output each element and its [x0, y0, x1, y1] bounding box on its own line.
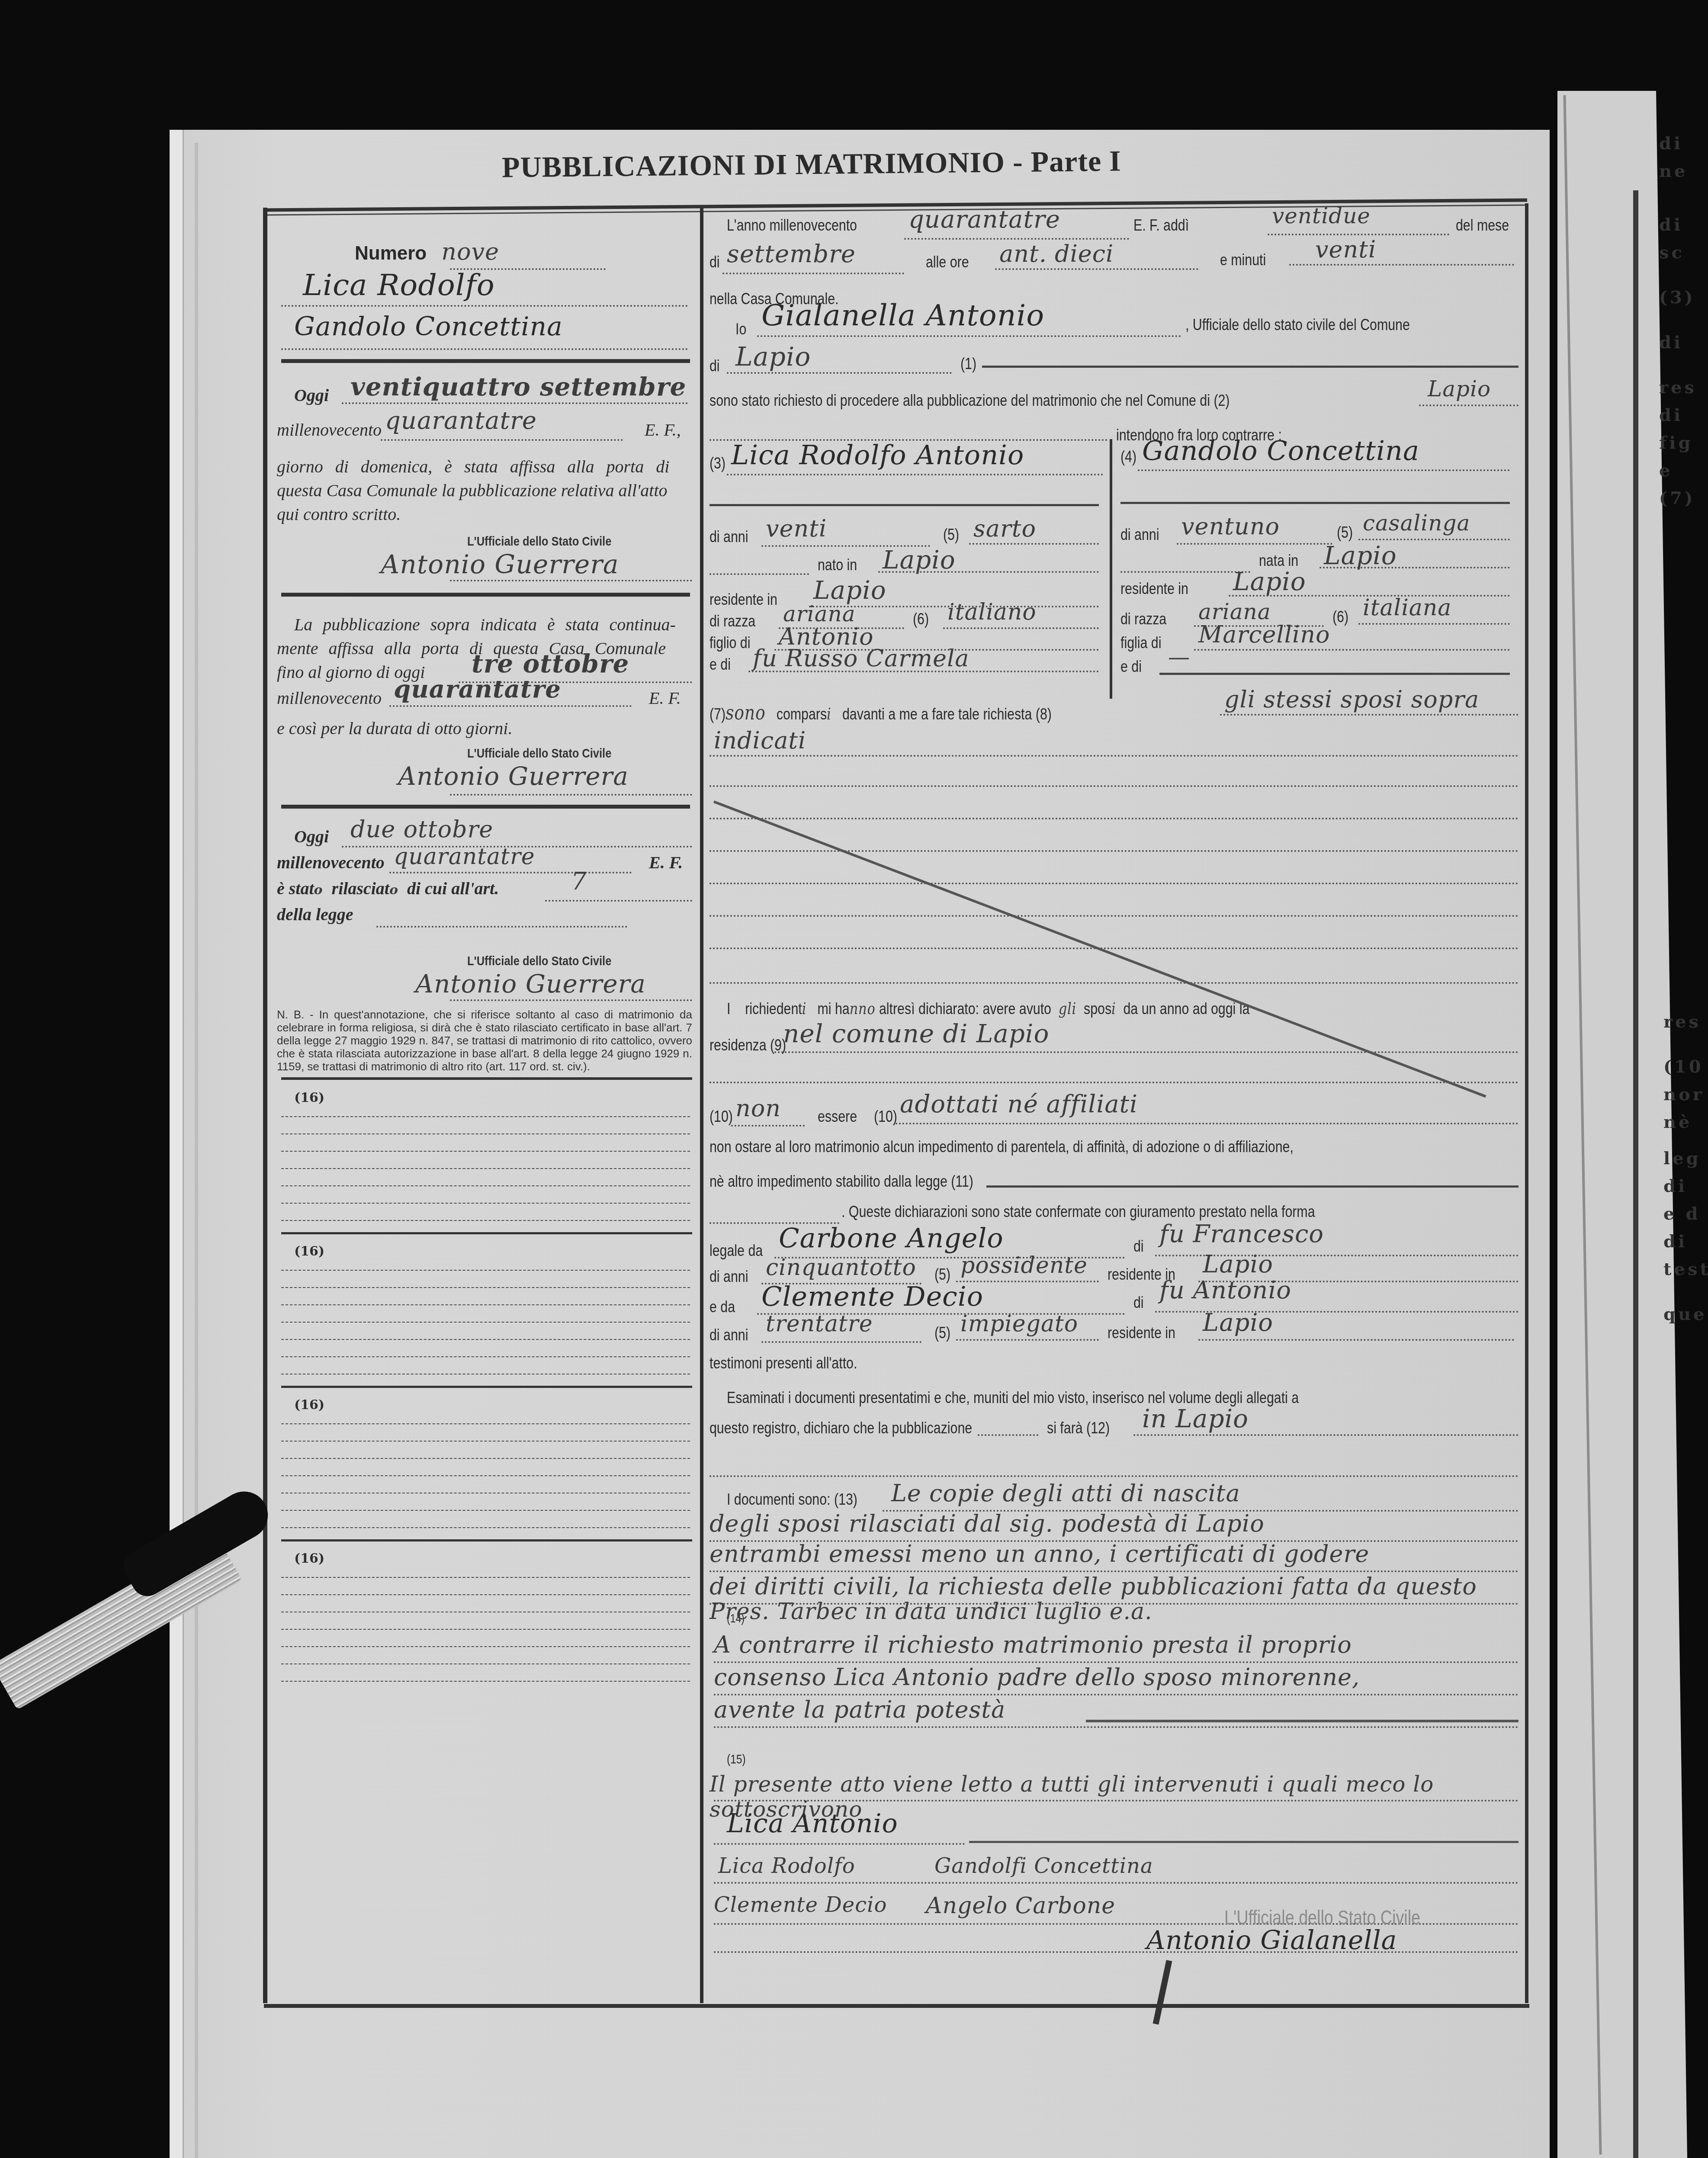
sposo-age: venti: [766, 515, 827, 542]
main-act-body: L'anno millenovecento quarantatre E. F. …: [701, 203, 1523, 2003]
sposa-citizenship: italiana: [1363, 595, 1451, 621]
sposa-birthplace: Lapio: [1324, 541, 1397, 570]
documenti-line: entrambi emessi meno un anno, i certific…: [710, 1540, 1369, 1567]
sposa-residence: Lapio: [1233, 567, 1306, 596]
testimone-1-name: Carbone Angelo: [779, 1222, 1004, 1254]
adottati-value: adottati né affiliati: [900, 1090, 1138, 1118]
comune-matrimonio-value: Lapio: [1428, 376, 1491, 401]
sposo-profession: sarto: [973, 515, 1036, 542]
testimone-2-name: Clemente Decio: [761, 1281, 983, 1312]
sposa-age: ventuno: [1181, 513, 1280, 540]
documenti-line: degli sposi rilasciati dal sig. podestà …: [710, 1510, 1265, 1537]
spouse-column-divider: [1110, 439, 1112, 699]
sposo-residence: Lapio: [813, 575, 886, 605]
section-divider: [281, 1077, 692, 1080]
firma-testimone-2: Clemente Decio: [714, 1893, 887, 1917]
consenso-line: consenso Lica Antonio padre dello sposo …: [714, 1663, 1360, 1691]
documenti-line: dei diritti civili, la richiesta delle p…: [710, 1573, 1477, 1600]
sposa-profession: casalinga: [1363, 511, 1470, 536]
affissione-year: quarantatre: [385, 407, 537, 435]
documenti-line: Pres. Tarbec in data undici luglio e.a.: [710, 1599, 1152, 1625]
consenso-line: A contrarre il richiesto matrimonio pres…: [714, 1631, 1352, 1658]
sposa-full-name: Gandolo Concettina: [1142, 435, 1419, 466]
minuti-value: venti: [1315, 236, 1376, 263]
stacked-page-edge: [170, 130, 184, 2158]
bottom-rule: [264, 2004, 1529, 2008]
richiedenti-value-2: indicati: [714, 727, 806, 754]
sposo-birthplace: Lapio: [883, 545, 956, 575]
testimone-1-profession: possidente: [960, 1252, 1088, 1278]
section-divider: [281, 593, 690, 597]
sposa-father: Marcellino: [1198, 621, 1330, 648]
richiedenti-value: gli stessi sposi sopra: [1224, 686, 1479, 713]
left-column-frame: [263, 208, 703, 2003]
testimone-2-father: fu Antonio: [1159, 1276, 1291, 1304]
right-frame-border: [1525, 203, 1528, 2003]
sposo-mother: fu Russo Carmela: [753, 645, 969, 672]
firma-testimone-1: Angelo Carbone: [926, 1893, 1115, 1919]
sposo-name: Lica Rodolfo: [303, 268, 495, 302]
documenti-line: Le copie degli atti di nascita: [891, 1480, 1240, 1507]
non-value: non: [735, 1095, 781, 1122]
sposo-details: (3) Lica Rodolfo Antonio di anni venti (…: [701, 437, 1108, 701]
officer-signature: Antonio Guerrera: [398, 761, 629, 791]
si-fara-value: in Lapio: [1142, 1404, 1249, 1433]
numero-field: Numero nove: [355, 238, 499, 265]
testimone-1-residence: Lapio: [1203, 1250, 1273, 1278]
giorno-value: ventidue: [1272, 203, 1371, 228]
fine-affissione-date: tre ottobre: [472, 649, 629, 678]
residenza-value: nel comune di Lapio: [783, 1019, 1049, 1048]
anno-value: quarantatre: [909, 206, 1060, 234]
firma-sposo: Lica Rodolfo: [718, 1854, 855, 1878]
testimone-2-residence: Lapio: [1203, 1309, 1273, 1337]
sposo-full-name: Lica Rodolfo Antonio: [731, 439, 1024, 471]
sposa-name: Gandolo Concettina: [294, 311, 563, 342]
sposa-mother: —: [1168, 645, 1190, 670]
section-divider: [281, 805, 690, 809]
facing-page-text: res (10nornè legdie dditest que: [1663, 1008, 1708, 1328]
officer-signature: Antonio Guerrera: [381, 549, 619, 580]
stacked-page-edge: [195, 143, 198, 2158]
affissione-date: ventiquattro settembre: [350, 372, 686, 401]
consenso-line: avente la patria potestà: [714, 1696, 1005, 1723]
ore-value: ant. dieci: [999, 240, 1114, 267]
rilascio-year: quarantatre: [394, 844, 535, 870]
sposo-citizenship: italiano: [947, 599, 1037, 625]
firma-padre: Lica Antonio: [727, 1808, 898, 1839]
articolo-value: 7: [571, 867, 587, 896]
sposa-details: (4) Gandolo Concettina di anni ventuno (…: [1116, 437, 1519, 701]
nota-bene: N. B. - In quest'annotazione, che si rif…: [277, 1008, 692, 1073]
facing-page-text: dine disc (3) di resdi fige (7): [1659, 130, 1697, 512]
testimone-1-age: cinquantotto: [766, 1255, 916, 1281]
ufficiale-name: Gialanella Antonio: [761, 299, 1044, 333]
numero-value: nove: [441, 238, 499, 265]
document-title: PUBBLICAZIONI DI MATRIMONIO - Parte I: [502, 144, 1121, 185]
officer-signature: Antonio Guerrera: [415, 969, 646, 999]
testimone-2-profession: impiegato: [960, 1311, 1078, 1337]
mese-value: settembre: [727, 240, 856, 268]
comune-value: Lapio: [735, 342, 811, 372]
fine-affissione-year: quarantatre: [394, 675, 561, 703]
firma-sposa: Gandolfi Concettina: [934, 1854, 1153, 1878]
rilascio-date: due ottobre: [350, 816, 493, 843]
comparsi-value: sono: [726, 701, 765, 724]
testimone-1-father: fu Francesco: [1159, 1220, 1324, 1248]
testimone-2-age: trentatre: [766, 1311, 873, 1337]
facing-page-frame: [1633, 190, 1644, 2158]
section-divider: [281, 359, 690, 363]
